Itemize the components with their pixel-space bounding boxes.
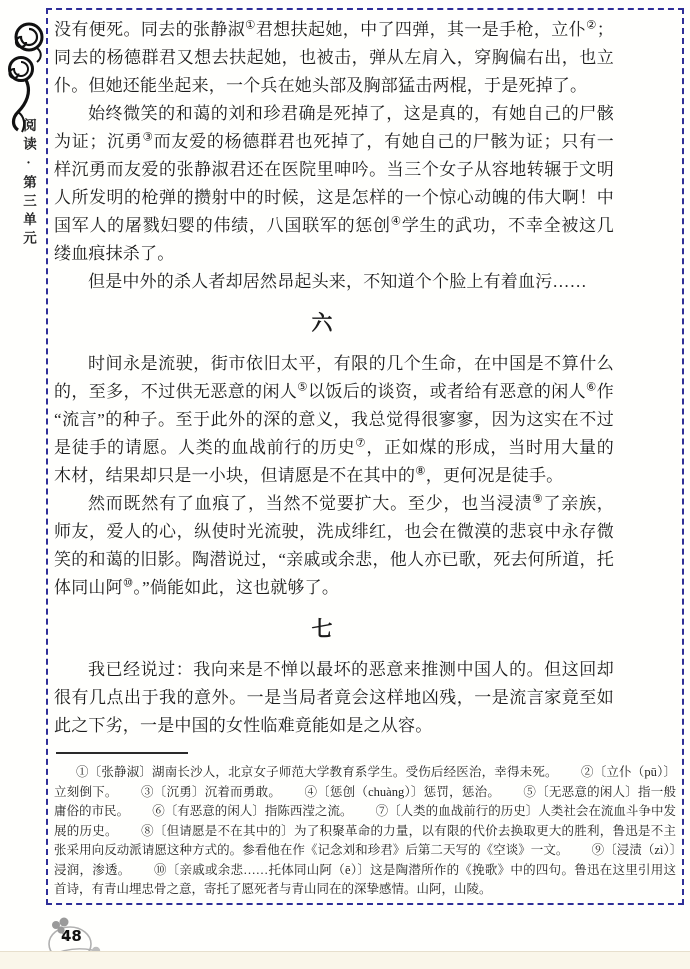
paragraph-continuation: 没有便死。同去的张静淑①君想扶起她，中了四弹，其一是手枪，立仆②；同去的杨德群君… <box>54 16 676 100</box>
paragraph-5: 然而既然有了血痕了，当然不觉要扩大。至少，也当浸渍⑨了亲族，师友，爱人的心，纵使… <box>54 490 676 602</box>
section-six-heading: 六 <box>46 307 634 337</box>
footnote-10: ⑩〔亲戚或余悲……托体同山阿（ē）〕这是陶潜所作的《挽歌》中的四句。鲁迅在这里引… <box>54 863 676 897</box>
sidebar-unit-label: 阅读·第三单元 <box>18 118 38 318</box>
footnote-4: ④〔惩创（chuàng）〕惩罚，惩治。 <box>304 785 500 799</box>
paragraph-6: 我已经说过：我向来是不惮以最坏的恶意来推测中国人的。但这回却很有几点出于我的意外… <box>54 656 676 740</box>
text-frame: 没有便死。同去的张静淑①君想扶起她，中了四弹，其一是手枪，立仆②；同去的杨德群君… <box>46 8 684 905</box>
paragraph-4: 时间永是流驶，街市依旧太平，有限的几个生命，在中国是不算什么的，至多，不过供无恶… <box>54 350 676 490</box>
paragraph-3: 但是中外的杀人者却居然昂起头来，不知道个个脸上有着血污…… <box>54 268 676 296</box>
section-seven-heading: 七 <box>46 613 634 643</box>
footnote-1: ①〔张静淑〕湖南长沙人，北京女子师范大学教育系学生。受伤后经医治，幸得未死。 <box>76 765 558 779</box>
footer-strip <box>0 951 690 969</box>
footnotes-block: ①〔张静淑〕湖南长沙人，北京女子师范大学教育系学生。受伤后经医治，幸得未死。 ②… <box>54 763 676 900</box>
footnote-separator <box>56 752 188 754</box>
footnote-8: ⑧〔但请愿是不在其中的〕为了积聚革命的力量，以有限的代价去换取更大的胜利，鲁迅是… <box>54 824 676 858</box>
paragraph-2: 始终微笑的和蔼的刘和珍君确是死掉了，这是真的，有她自己的尸骸为证；沉勇③而友爱的… <box>54 100 676 268</box>
footnote-3: ③〔沉勇〕沉着而勇敢。 <box>141 785 281 799</box>
footnote-6: ⑥〔有恶意的闲人〕指陈西滢之流。 <box>152 804 352 818</box>
page-number: 48 <box>61 927 82 945</box>
